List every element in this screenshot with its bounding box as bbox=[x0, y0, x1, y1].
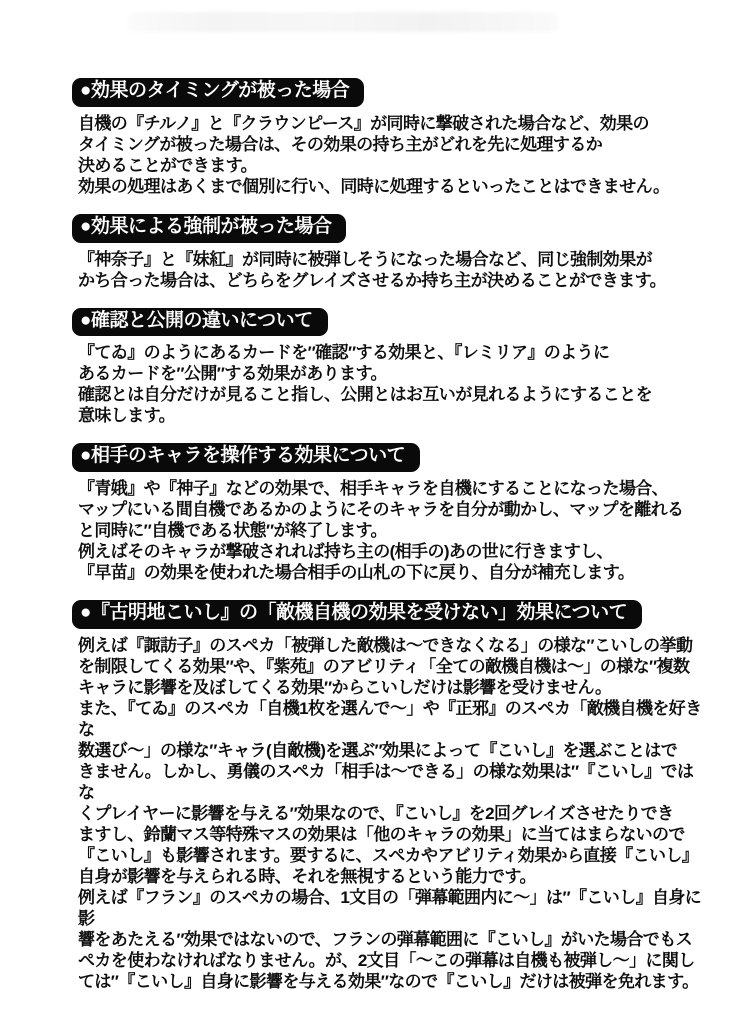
bleed-through-smudge bbox=[128, 12, 558, 32]
section-effect-timing-overlap: ●効果のタイミングが被った場合 自機の『チルノ』と『クラウンピース』が同時に撃破… bbox=[70, 78, 704, 197]
section-heading: ●『古明地こいし』の「敵機自機の効果を受けない」効果について bbox=[72, 600, 642, 629]
section-body: 例えば『諏訪子』のスペカ「被弾した敵機は～できなくなる」の様な″こいしの挙動 を… bbox=[70, 635, 704, 992]
section-controlling-opponent-characters: ●相手のキャラを操作する効果について 『青娥』や『神子』などの効果で、相手キャラ… bbox=[70, 443, 704, 583]
section-body: 『てゐ』のようにあるカードを″確認″する効果と、『レミリア』のように あるカード… bbox=[70, 342, 704, 426]
section-forced-effect-overlap: ●効果による強制が被った場合 『神奈子』と『妹紅』が同時に被弾しそうになった場合… bbox=[70, 214, 704, 291]
section-body: 自機の『チルノ』と『クラウンピース』が同時に撃破された場合など、効果の タイミン… bbox=[70, 113, 704, 197]
section-heading: ●相手のキャラを操作する効果について bbox=[72, 443, 420, 472]
section-koishi-effect-immunity: ●『古明地こいし』の「敵機自機の効果を受けない」効果について 例えば『諏訪子』の… bbox=[70, 600, 704, 992]
section-heading: ●効果のタイミングが被った場合 bbox=[72, 78, 364, 107]
section-heading: ●効果による強制が被った場合 bbox=[72, 214, 346, 243]
section-body: 『神奈子』と『妹紅』が同時に被弾しそうになった場合など、同じ強制効果が かち合っ… bbox=[70, 249, 704, 291]
rules-document-page: ●効果のタイミングが被った場合 自機の『チルノ』と『クラウンピース』が同時に撃破… bbox=[0, 0, 746, 1024]
section-heading: ●確認と公開の違いについて bbox=[72, 308, 328, 337]
section-confirm-vs-reveal: ●確認と公開の違いについて 『てゐ』のようにあるカードを″確認″する効果と、『レ… bbox=[70, 308, 704, 427]
section-body: 『青娥』や『神子』などの効果で、相手キャラを自機にすることになった場合、 マップ… bbox=[70, 478, 704, 583]
